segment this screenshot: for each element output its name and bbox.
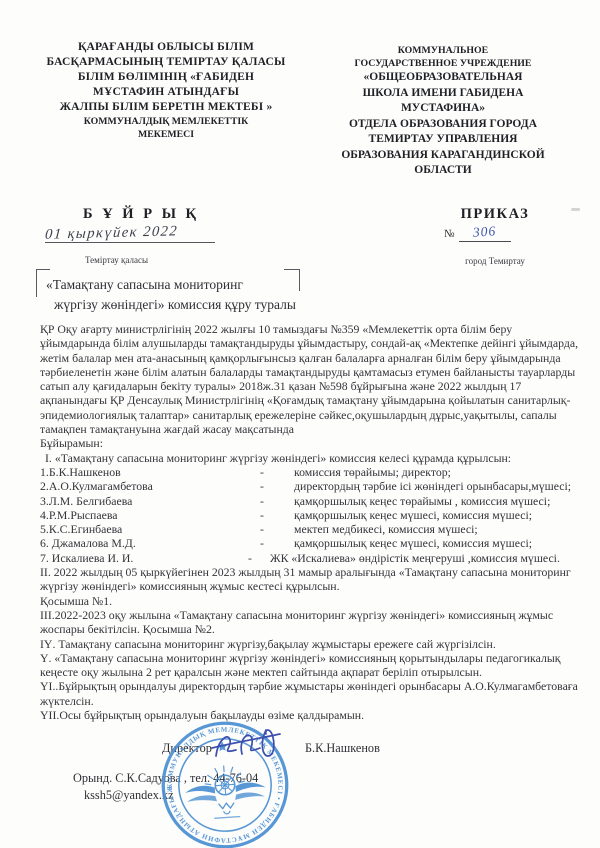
body-item-5: Ү. «Тамақтану сапасына мониторинг жүргіз… (40, 651, 582, 680)
place-kk: Теміртау қаласы (85, 255, 235, 265)
letterhead-ru-line: ОТДЕЛА ОБРАЗОВАНИЯ ГОРОДА (330, 117, 556, 133)
order-block-kazakh: Б Ұ Й Р Ы Қ 01 қыркүйек 2022 Теміртау қа… (45, 206, 235, 265)
commission-member-row: 6. Джамалова М.Д.-қамқоршылық кеңес мүше… (40, 536, 582, 550)
intro-paragraph: ҚР Оқу ағарту министрлігінің 2022 жылғы … (40, 322, 582, 436)
commission-member-row: 7. Искалиева И. И.-ЖК «Искалиева» өндірі… (40, 551, 582, 565)
order-title-ru: ПРИКАЗ (430, 206, 560, 223)
member-role: директордың тәрбие ісі жөніндегі орынбас… (294, 479, 582, 493)
member-role: қамқоршылық кеңес мүшесі, комиссия мүшес… (294, 536, 582, 550)
subject-line: жүргізу жөніндегі» комиссия құру туралы (46, 295, 316, 315)
dash: - (230, 536, 294, 550)
body-item-4: ІҮ. Тамақтану сапасына мониторинг жүргіз… (40, 637, 582, 651)
scanned-order-document: ҚАРАҒАНДЫ ОБЛЫСЫ БІЛІМ БАСҚАРМАСЫНЫҢ ТЕМ… (0, 0, 600, 848)
letterhead-kk-line: МЕКЕМЕСІ (40, 128, 292, 141)
handwritten-date: 01 қыркүйек 2022 (44, 223, 178, 244)
letterhead-ru-line: «ОБЩЕОБРАЗОВАТЕЛЬНАЯ (330, 70, 556, 86)
member-role: комиссия төрайымы; директор; (294, 465, 582, 479)
member-name: 7. Искалиева И. И. (40, 551, 230, 565)
member-name: 2.А.О.Кулмагамбетова (40, 479, 230, 493)
letterhead-ru-line: ТЕМИРТАУ УПРАВЛЕНИЯ (330, 132, 556, 148)
order-number-row: №306 (430, 225, 560, 242)
commission-member-row: 2.А.О.Кулмагамбетова-директордың тәрбие … (40, 479, 582, 493)
signer-name: Б.К.Нашкенов (305, 741, 380, 756)
order-body: ҚР Оқу ағарту министрлігінің 2022 жылғы … (40, 322, 582, 722)
resolve-word: Бұйырамын: (40, 436, 582, 450)
attachment-1: Қосымша №1. (40, 594, 582, 608)
commission-member-row: 1.Б.К.Нашкенов-комиссия төрайымы; директ… (40, 465, 582, 479)
member-role: мектеп медбикесі, комиссия мүшесі; (294, 522, 582, 536)
member-role: қамқоршылық кеңес мүшесі, комиссия мүшес… (294, 508, 582, 522)
date-line: 01 қыркүйек 2022 (45, 224, 215, 243)
commission-member-row: 5.К.С.Егинбаева-мектеп медбикесі, комисс… (40, 522, 582, 536)
letterhead-ru-line: ШКОЛА ИМЕНИ ГАБИДЕНА (330, 86, 556, 102)
number-sign: № (444, 228, 455, 240)
member-name: 4.Р.М.Рыспаева (40, 508, 230, 522)
member-name: 5.К.С.Егинбаева (40, 522, 230, 536)
member-role: қамқоршылық кеңес төрайымы , комиссия мү… (294, 494, 582, 508)
dash: - (230, 494, 294, 508)
handwritten-number: 306 (472, 223, 496, 241)
subject-line: «Тамақтану сапасына мониторинг (46, 275, 316, 295)
dash: - (230, 465, 294, 479)
letterhead-kk-line: МҰСТАФИН АТЫНДАҒЫ (40, 85, 292, 100)
body-item-6: ҮІ..Бұйрықтың орындалуы директордың тәрб… (40, 679, 582, 708)
body-item-3: ІІІ.2022-2023 оқу жылына «Тамақтану сапа… (40, 608, 582, 637)
corner-mark-left (36, 269, 50, 297)
scan-artifact (571, 208, 580, 211)
letterhead-ru-line: ОБРАЗОВАНИЯ КАРАГАНДИНСКОЙ (330, 148, 556, 164)
order-title-kk: Б Ұ Й Р Ы Қ (83, 206, 235, 223)
body-item-7: ҮІІ.Осы бұйрықтың орындалуын бақылауды ө… (40, 708, 582, 722)
member-name: 1.Б.К.Нашкенов (40, 465, 230, 479)
letterhead-kazakh: ҚАРАҒАНДЫ ОБЛЫСЫ БІЛІМ БАСҚАРМАСЫНЫҢ ТЕМ… (40, 40, 292, 141)
letterhead-ru-line: ГОСУДАРСТВЕННОЕ УЧРЕЖДЕНИЕ (330, 57, 556, 70)
member-name: 3.Л.М. Белгибаева (40, 494, 230, 508)
commission-member-row: 3.Л.М. Белгибаева-қамқоршылық кеңес төра… (40, 494, 582, 508)
letterhead-kk-line: БАСҚАРМАСЫНЫҢ ТЕМІРТАУ ҚАЛАСЫ (40, 55, 292, 70)
letterhead-kk-line: КОММУНАЛДЫҚ МЕМЛЕКЕТТІК (40, 115, 292, 128)
dash: - (230, 508, 294, 522)
dash: - (230, 551, 270, 565)
letterhead-kk-line: ҚАРАҒАНДЫ ОБЛЫСЫ БІЛІМ (40, 40, 292, 55)
signature-ink (202, 724, 312, 768)
body-item-1: І. «Тамақтану сапасына мониторинг жүргіз… (40, 451, 582, 465)
corner-mark-right (284, 269, 300, 291)
letterhead-kk-line: ЖАЛПЫ БІЛІМ БЕРЕТІН МЕКТЕБІ » (40, 100, 292, 115)
member-name: 6. Джамалова М.Д. (40, 536, 230, 550)
letterhead-ru-line: ОБЛАСТИ (330, 163, 556, 179)
order-block-russian: ПРИКАЗ №306 город Темиртау (430, 206, 560, 266)
letterhead-ru-line: КОММУНАЛЬНОЕ (330, 44, 556, 57)
letterhead-russian: КОММУНАЛЬНОЕ ГОСУДАРСТВЕННОЕ УЧРЕЖДЕНИЕ … (330, 44, 556, 179)
number-line: 306 (459, 225, 511, 242)
dash: - (230, 522, 294, 536)
letterhead-kk-line: БІЛІМ БӨЛІМІНІҢ «ҒАБИДЕН (40, 70, 292, 85)
commission-member-row: 4.Р.М.Рыспаева-қамқоршылық кеңес мүшесі,… (40, 508, 582, 522)
place-ru: город Темиртау (430, 256, 560, 266)
body-item-2: ІІ. 2022 жылдың 05 қыркүйегінен 2023 жыл… (40, 565, 582, 594)
order-subject: «Тамақтану сапасына мониторинг жүргізу ж… (46, 275, 316, 315)
member-role: ЖК «Искалиева» өндірістік меңгеруші ,ком… (270, 551, 582, 565)
dash: - (230, 479, 294, 493)
letterhead-ru-line: МУСТАФИНА» (330, 101, 556, 117)
